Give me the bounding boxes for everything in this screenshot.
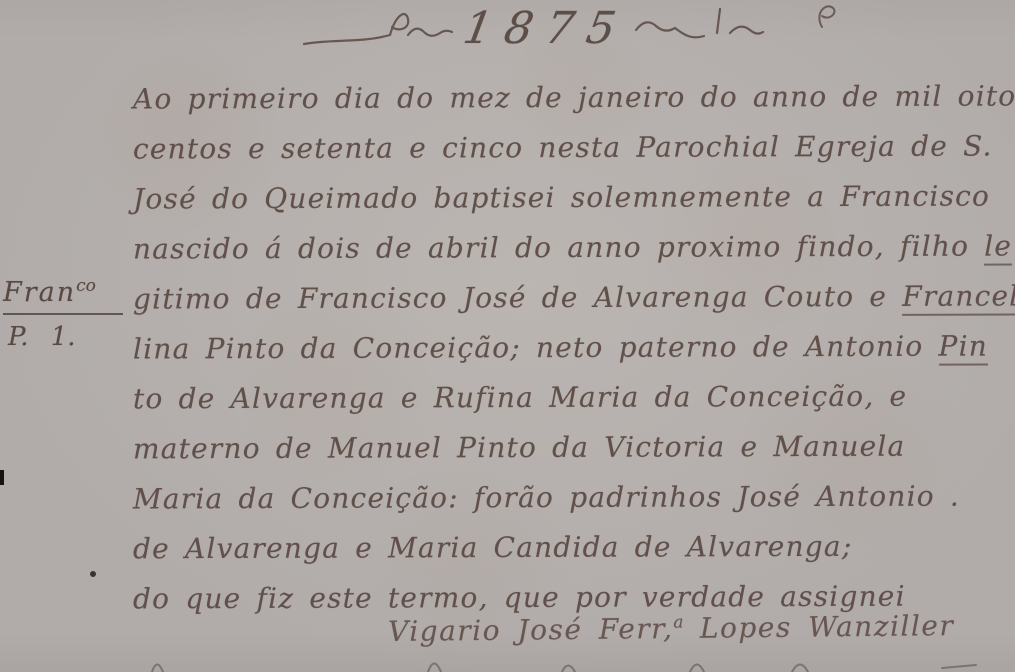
line-hyphen-tail: le	[984, 229, 1012, 265]
baptism-record-scan-1875: 1875 Franco P. 1. Ao primeiro dia do mez…	[0, 0, 1015, 672]
body-line: centos e setenta e cinco nesta Parochial…	[133, 126, 993, 169]
flourish-right-icon	[634, 4, 766, 52]
line-text: lina Pinto da Conceição; neto paterno de…	[133, 330, 939, 366]
line-text: nascido á dois de abril do anno proximo …	[133, 230, 984, 266]
line-text: de Alvarenga e Maria Candida de Alvareng…	[133, 530, 853, 566]
signature-rest: Lopes Wanziller	[700, 609, 955, 645]
body-line: de Alvarenga e Maria Candida de Alvareng…	[133, 527, 853, 570]
line-text: Ao primeiro dia do mez de janeiro do ann…	[133, 79, 1015, 115]
line-hyphen-tail: Francel	[902, 279, 1015, 315]
line-text: materno de Manuel Pinto da Victoria e Ma…	[133, 430, 905, 466]
body-line: nascido á dois de abril do anno proximo …	[133, 226, 1012, 269]
year-text: 1875	[450, 3, 639, 54]
year-heading: 1875	[302, 0, 766, 56]
line-text: José do Queimado baptisei solemnemente a…	[133, 180, 990, 216]
margin-name-superscript: co	[76, 276, 96, 296]
margin-note-name: Franco	[3, 276, 123, 315]
stray-ink-stroke	[812, 0, 858, 30]
body-line: to de Alvarenga e Rufina Maria da Concei…	[133, 377, 907, 420]
signature-prefix: Vigario José Ferr,	[388, 612, 674, 648]
flourish-left-icon	[302, 4, 454, 52]
body-line: materno de Manuel Pinto da Victoria e Ma…	[133, 427, 906, 470]
body-line: Maria da Conceição: forão padrinhos José…	[133, 477, 960, 520]
body-line: Ao primeiro dia do mez de janeiro do ann…	[133, 76, 1015, 119]
body-line: lina Pinto da Conceição; neto paterno de…	[133, 327, 988, 370]
signature-line: Vigario José Ferr,a Lopes Wanziller	[388, 609, 955, 648]
line-text: to de Alvarenga e Rufina Maria da Concei…	[133, 380, 907, 416]
line-text: centos e setenta e cinco nesta Parochial…	[133, 129, 993, 165]
margin-name-base: Fran	[3, 277, 76, 308]
partial-next-entry-strokes	[130, 655, 1010, 672]
body-line: gitimo de Francisco José de Alvarenga Co…	[133, 276, 1015, 319]
body-line: José do Queimado baptisei solemnemente a…	[133, 177, 990, 220]
line-text: gitimo de Francisco José de Alvarenga Co…	[133, 280, 902, 316]
line-text: Maria da Conceição: forão padrinhos José…	[133, 480, 960, 516]
signature-superscript: a	[673, 613, 683, 633]
margin-note-page-ref: P. 1.	[8, 322, 76, 352]
line-hyphen-tail: Pin	[938, 330, 988, 366]
ink-dot	[90, 571, 96, 577]
scan-edge-notch	[0, 470, 4, 485]
